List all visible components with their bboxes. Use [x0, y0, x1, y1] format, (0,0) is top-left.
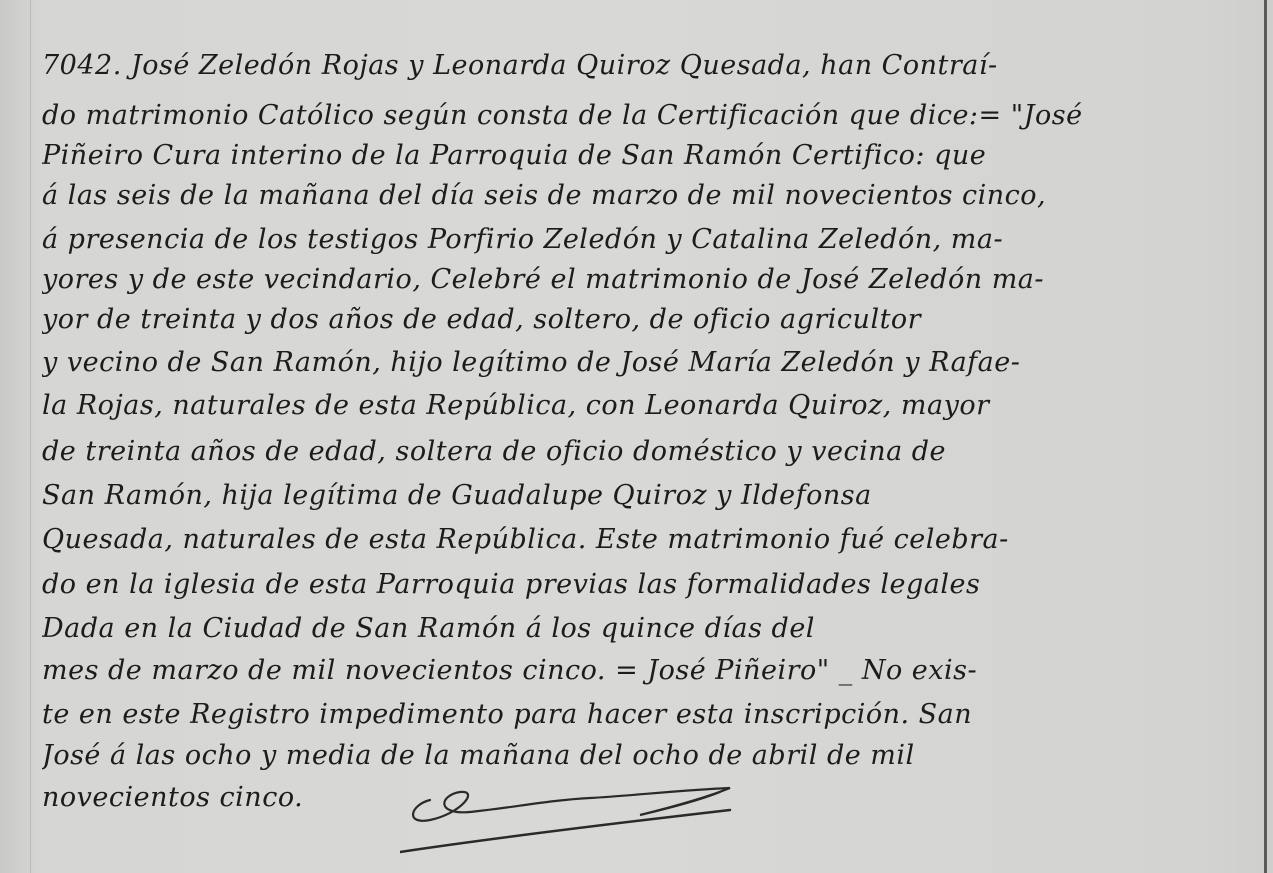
text-line-7: yor de treinta y dos años de edad, solte… — [42, 302, 1257, 338]
text-line-15: mes de marzo de mil novecientos cinco. =… — [42, 653, 1257, 689]
right-margin — [1267, 0, 1273, 873]
text-line-17: José á las ocho y media de la mañana del… — [42, 738, 1257, 774]
text-line-3: Piñeiro Cura interino de la Parroquia de… — [42, 138, 1257, 174]
text-line-12: Quesada, naturales de esta República. Es… — [42, 522, 1257, 558]
text-line-16: te en este Registro impedimento para hac… — [42, 697, 1257, 733]
text-line-13: do en la iglesia de esta Parroquia previ… — [42, 567, 1257, 603]
text-line-1: 7042. José Zeledón Rojas y Leonarda Quir… — [42, 48, 1257, 84]
signature-flourish — [400, 770, 740, 860]
text-line-6: yores y de este vecindario, Celebré el m… — [42, 262, 1257, 298]
text-line-4: á las seis de la mañana del día seis de … — [42, 178, 1257, 214]
text-line-9: la Rojas, naturales de esta República, c… — [42, 388, 1257, 424]
text-line-2: do matrimonio Católico según consta de l… — [42, 98, 1257, 134]
text-line-14: Dada en la Ciudad de San Ramón á los qui… — [42, 611, 1257, 647]
left-margin-rule — [30, 0, 31, 873]
text-line-11: San Ramón, hija legítima de Guadalupe Qu… — [42, 478, 1257, 514]
text-line-10: de treinta años de edad, soltera de ofic… — [42, 434, 1257, 470]
text-line-8: y vecino de San Ramón, hijo legítimo de … — [42, 345, 1257, 381]
registry-page: 7042. José Zeledón Rojas y Leonarda Quir… — [0, 0, 1273, 873]
text-line-5: á presencia de los testigos Porfirio Zel… — [42, 222, 1257, 258]
